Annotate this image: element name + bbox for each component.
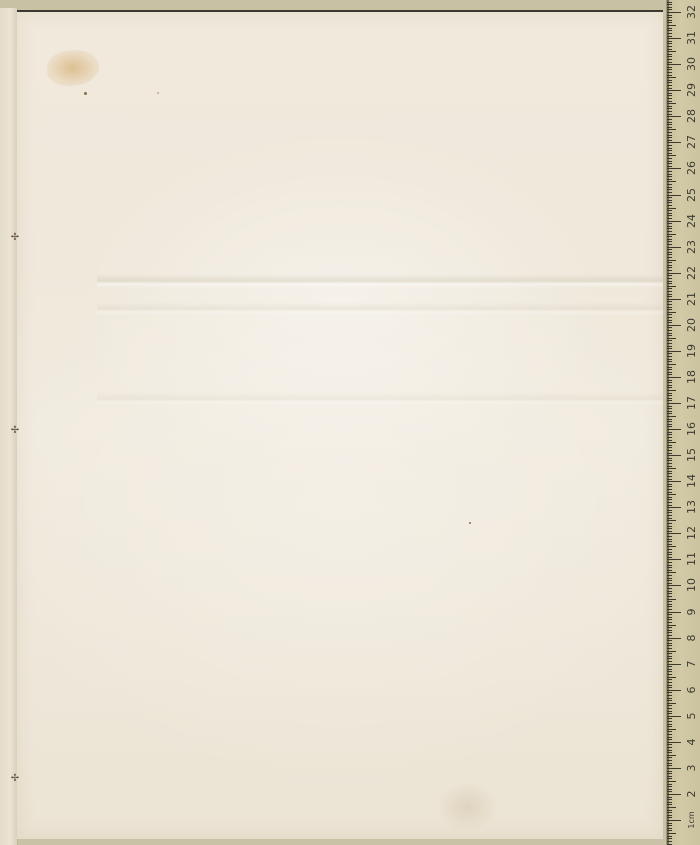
ruler-tick (667, 687, 672, 688)
ruler-tick (667, 367, 672, 368)
ruler-tick (667, 830, 672, 831)
ruler-tick (667, 823, 672, 824)
ruler-tick (667, 226, 672, 227)
ruler-tick (667, 421, 672, 422)
ruler-tick (667, 791, 672, 792)
ruler-tick (667, 36, 672, 37)
ruler-tick (667, 171, 672, 172)
ruler-tick (667, 145, 672, 146)
ruler-label: 32 (686, 3, 698, 21)
speck (157, 92, 159, 94)
ruler-tick (667, 562, 672, 563)
ruler-tick (667, 262, 672, 263)
ruler-tick (667, 458, 672, 459)
ruler-tick (667, 565, 672, 566)
ruler-tick (667, 599, 676, 600)
ruler-tick (667, 244, 672, 245)
ruler-tick (667, 601, 672, 602)
ruler-tick (667, 505, 672, 506)
ruler-tick (667, 296, 672, 297)
ruler-tick (667, 338, 676, 339)
ruler-tick (667, 346, 672, 347)
ruler-tick (667, 776, 672, 777)
blank-page (17, 10, 663, 839)
ruler-tick (667, 43, 672, 44)
ruler-tick (667, 609, 672, 610)
ruler-tick (667, 658, 672, 659)
ruler-tick (667, 794, 681, 795)
ruler-tick (667, 340, 672, 341)
ruler-tick (667, 432, 672, 433)
ruler-tick (667, 114, 672, 115)
ruler-tick (667, 554, 672, 555)
ruler-tick (667, 471, 672, 472)
ruler-tick (667, 119, 672, 120)
ruler-tick (667, 54, 672, 55)
ruler-tick (667, 557, 672, 558)
binding-stitch-icon: ✢ (10, 774, 20, 784)
ruler-tick (667, 356, 672, 357)
ruler-tick (667, 387, 672, 388)
ruler-tick (667, 619, 672, 620)
ruler-tick (667, 781, 676, 782)
ruler-tick (667, 593, 672, 594)
ruler-tick (667, 46, 672, 47)
ruler-tick (667, 606, 672, 607)
ruler-tick (667, 810, 672, 811)
ruler-tick (667, 817, 672, 818)
ruler-tick (667, 718, 672, 719)
ruler-tick (667, 228, 672, 229)
ruler-tick (667, 137, 672, 138)
ruler-tick (667, 578, 672, 579)
ruler-label: 15 (686, 446, 698, 464)
ruler-tick (667, 682, 672, 683)
ruler-tick (667, 612, 681, 613)
ruler-tick (667, 163, 672, 164)
ruler-tick (667, 257, 672, 258)
ruler-tick (667, 179, 672, 180)
ruler-tick (667, 411, 672, 412)
ruler-tick (667, 333, 672, 334)
ruler-tick (667, 221, 681, 222)
ruler-tick (667, 424, 672, 425)
ruler-tick (667, 192, 672, 193)
ruler-tick (667, 771, 672, 772)
ruler-label: 18 (686, 368, 698, 386)
ruler-tick (667, 622, 672, 623)
ruler-tick (667, 429, 681, 430)
ruler-tick (667, 807, 676, 808)
page-crease (97, 302, 663, 316)
ruler-tick (667, 330, 672, 331)
ruler-tick (667, 572, 676, 573)
ruler-tick (667, 210, 672, 211)
ruler-tick (667, 838, 672, 839)
ruler-label: 4 (686, 733, 698, 751)
ruler-tick (667, 75, 672, 76)
ruler-label: 29 (686, 81, 698, 99)
ruler-tick (667, 549, 672, 550)
ruler-tick (667, 241, 672, 242)
ruler-tick (667, 625, 676, 626)
ruler-tick (667, 317, 672, 318)
ruler-tick (667, 314, 672, 315)
ruler-tick (667, 570, 672, 571)
ruler-label: 7 (686, 655, 698, 673)
ruler-tick (667, 395, 672, 396)
stain-mark (437, 782, 497, 832)
ruler-tick (667, 12, 681, 13)
ruler-tick (667, 158, 672, 159)
ruler-tick (667, 135, 672, 136)
ruler-tick (667, 752, 672, 753)
ruler-tick (667, 836, 672, 837)
ruler-label: 9 (686, 603, 698, 621)
ruler-tick (667, 523, 672, 524)
ruler-tick (667, 518, 672, 519)
ruler-tick (667, 267, 672, 268)
ruler-tick (667, 393, 672, 394)
ruler-tick (667, 320, 672, 321)
ruler-tick (667, 445, 672, 446)
ruler-tick (667, 664, 681, 665)
ruler-tick (667, 249, 672, 250)
ruler-tick (667, 755, 676, 756)
ruler-tick (667, 254, 672, 255)
ruler-label: 26 (686, 159, 698, 177)
ruler-tick (667, 343, 672, 344)
ruler-tick (667, 815, 672, 816)
ruler-tick (667, 812, 672, 813)
ruler-tick (667, 744, 672, 745)
ruler-tick (667, 283, 672, 284)
ruler-tick (667, 533, 681, 534)
ruler-tick (667, 101, 672, 102)
ruler-tick (667, 440, 672, 441)
ruler-tick (667, 299, 681, 300)
ruler-tick (667, 700, 672, 701)
ruler-tick (667, 260, 676, 261)
ruler-tick (667, 359, 672, 360)
ruler-tick (667, 148, 672, 149)
ruler-tick (667, 103, 676, 104)
ruler-tick (667, 85, 672, 86)
ruler-tick (667, 124, 672, 125)
ruler-tick (667, 98, 672, 99)
ruler-tick (667, 635, 672, 636)
stain-mark (47, 50, 99, 86)
ruler-label: 28 (686, 107, 698, 125)
ruler-tick (667, 281, 672, 282)
ruler-tick (667, 364, 676, 365)
ruler-label: 1cm (686, 811, 698, 829)
ruler-tick (667, 708, 672, 709)
ruler-tick (667, 499, 672, 500)
ruler-tick (667, 69, 672, 70)
ruler-label: 20 (686, 316, 698, 334)
binding-stitch-icon: ✢ (10, 233, 20, 243)
ruler-tick (667, 768, 681, 769)
speck (469, 522, 471, 524)
ruler-tick (667, 468, 676, 469)
ruler-tick (667, 497, 672, 498)
ruler-tick (667, 648, 672, 649)
ruler-tick (667, 223, 672, 224)
ruler-tick (667, 705, 672, 706)
ruler-tick (667, 403, 681, 404)
ruler-tick (667, 361, 672, 362)
ruler-tick (667, 502, 672, 503)
ruler-tick (667, 640, 672, 641)
ruler-tick (667, 679, 672, 680)
ruler-tick (667, 20, 672, 21)
ruler-tick (667, 494, 676, 495)
ruler-tick (667, 828, 672, 829)
ruler-tick (667, 841, 672, 842)
ruler-tick (667, 200, 672, 201)
ruler-tick (667, 726, 672, 727)
ruler-tick (667, 575, 672, 576)
ruler-tick (667, 692, 672, 693)
ruler-tick (667, 56, 672, 57)
ruler-tick (667, 406, 672, 407)
ruler-label: 5 (686, 707, 698, 725)
ruler-tick (667, 195, 681, 196)
ruler-tick (667, 604, 672, 605)
ruler-tick (667, 492, 672, 493)
ruler-tick (667, 833, 676, 834)
ruler-label: 31 (686, 29, 698, 47)
ruler-tick (667, 643, 672, 644)
ruler-tick (667, 476, 672, 477)
ruler-tick (667, 390, 676, 391)
ruler-tick (667, 536, 672, 537)
ruler-tick (667, 669, 672, 670)
ruler-tick (667, 466, 672, 467)
ruler-tick (667, 153, 672, 154)
ruler-tick (667, 742, 681, 743)
ruler-tick (667, 82, 672, 83)
ruler-tick (667, 7, 672, 8)
ruler-tick (667, 335, 672, 336)
ruler-tick (667, 189, 672, 190)
ruler-tick (667, 205, 672, 206)
ruler-label: 23 (686, 238, 698, 256)
ruler-tick (667, 531, 672, 532)
ruler-tick (667, 150, 672, 151)
ruler-label: 21 (686, 290, 698, 308)
ruler-tick (667, 348, 672, 349)
ruler-tick (667, 651, 676, 652)
ruler-tick (667, 473, 672, 474)
ruler-tick (667, 481, 681, 482)
ruler-tick (667, 252, 672, 253)
ruler-tick (667, 737, 672, 738)
ruler-tick (667, 698, 672, 699)
ruler-tick (667, 369, 672, 370)
ruler-tick (667, 49, 672, 50)
ruler-tick (667, 739, 672, 740)
ruler-tick (667, 455, 681, 456)
ruler-tick (667, 64, 681, 65)
ruler-label: 2 (686, 785, 698, 803)
ruler-label: 30 (686, 55, 698, 73)
ruler-label: 16 (686, 420, 698, 438)
ruler-label: 6 (686, 681, 698, 699)
ruler-tick (667, 656, 672, 657)
ruler-tick (667, 385, 672, 386)
ruler-tick (667, 278, 672, 279)
ruler-tick (667, 234, 676, 235)
ruler-tick (667, 585, 681, 586)
ruler-tick (667, 520, 676, 521)
ruler-tick (667, 288, 672, 289)
scan-backdrop (0, 0, 666, 10)
ruler-tick (667, 685, 672, 686)
ruler-tick (667, 671, 672, 672)
ruler-tick (667, 804, 672, 805)
ruler-tick (667, 408, 672, 409)
ruler-tick (667, 596, 672, 597)
ruler-label: 12 (686, 524, 698, 542)
ruler-tick (667, 322, 672, 323)
ruler-tick (667, 645, 672, 646)
ruler-tick (667, 155, 676, 156)
ruler-tick (667, 729, 676, 730)
ruler-tick (667, 463, 672, 464)
ruler-tick (667, 802, 672, 803)
ruler-tick (667, 580, 672, 581)
ruler-tick (667, 88, 672, 89)
ruler-tick (667, 544, 672, 545)
ruler-tick (667, 307, 672, 308)
speck (84, 92, 87, 95)
ruler-tick (667, 711, 672, 712)
ruler-label: 17 (686, 394, 698, 412)
ruler-tick (667, 108, 672, 109)
ruler-tick (667, 541, 672, 542)
ruler-tick (667, 552, 672, 553)
ruler-tick (667, 797, 672, 798)
ruler-tick (667, 62, 672, 63)
ruler-tick (667, 437, 672, 438)
ruler-tick (667, 786, 672, 787)
ruler-tick (667, 784, 672, 785)
ruler-tick (667, 546, 676, 547)
ruler-tick (667, 273, 681, 274)
ruler-tick (667, 614, 672, 615)
ruler-tick (667, 28, 672, 29)
ruler-tick (667, 632, 672, 633)
ruler-tick (667, 202, 672, 203)
ruler-tick (667, 15, 672, 16)
ruler-tick (667, 419, 672, 420)
ruler-tick (667, 695, 672, 696)
ruler-tick (667, 374, 672, 375)
ruler-tick (667, 507, 681, 508)
ruler-tick (667, 489, 672, 490)
ruler-tick (667, 265, 672, 266)
ruler-label: 24 (686, 212, 698, 230)
ruler-label: 19 (686, 342, 698, 360)
ruler-tick (667, 690, 681, 691)
ruler-tick (667, 734, 672, 735)
ruler-label: 13 (686, 498, 698, 516)
ruler-tick (667, 447, 672, 448)
ruler-tick (667, 515, 672, 516)
ruler-tick (667, 731, 672, 732)
ruler-tick (667, 442, 676, 443)
ruler-tick (667, 132, 672, 133)
ruler-tick (667, 460, 672, 461)
ruler-tick (667, 674, 672, 675)
ruler-tick (667, 382, 672, 383)
ruler-label: 14 (686, 472, 698, 490)
ruler-tick (667, 208, 676, 209)
ruler-tick (667, 294, 672, 295)
ruler-tick (667, 413, 672, 414)
ruler-tick (667, 750, 672, 751)
ruler-tick (667, 213, 672, 214)
ruler-tick (667, 765, 672, 766)
ruler-label: 3 (686, 759, 698, 777)
ruler-label: 11 (686, 550, 698, 568)
ruler-tick (667, 479, 672, 480)
ruler-tick (667, 239, 672, 240)
ruler-tick (667, 677, 676, 678)
ruler-tick (667, 4, 672, 5)
ruler-tick (667, 291, 672, 292)
ruler-tick (667, 116, 681, 117)
ruler-tick (667, 539, 672, 540)
ruler-tick (667, 450, 672, 451)
page-crease (97, 274, 663, 288)
ruler-tick (667, 176, 672, 177)
ruler-tick (667, 528, 672, 529)
ruler-tick (667, 218, 672, 219)
ruler-tick (667, 778, 672, 779)
ruler-tick (667, 122, 672, 123)
ruler-tick (667, 434, 672, 435)
ruler-tick (667, 236, 672, 237)
ruler-tick (667, 638, 681, 639)
binding-stitch-icon: ✢ (10, 426, 20, 436)
ruler-tick (667, 304, 672, 305)
ruler-tick (667, 247, 681, 248)
ruler-tick (667, 377, 681, 378)
ruler-tick (667, 22, 672, 23)
ruler-tick (667, 168, 681, 169)
measurement-ruler: 1cm2345678910111213141516171819202122232… (666, 0, 700, 845)
ruler-tick (667, 721, 672, 722)
ruler-tick (667, 380, 672, 381)
ruler-tick (667, 325, 681, 326)
ruler-tick (667, 184, 672, 185)
ruler-tick (667, 630, 672, 631)
ruler-tick (667, 67, 672, 68)
ruler-tick (667, 703, 676, 704)
ruler-tick (667, 661, 672, 662)
ruler-tick (667, 526, 672, 527)
ruler-label: 25 (686, 186, 698, 204)
ruler-tick (667, 653, 672, 654)
ruler-tick (667, 215, 672, 216)
ruler-tick (667, 789, 672, 790)
ruler-tick (667, 510, 672, 511)
ruler-tick (667, 757, 672, 758)
ruler-tick (667, 275, 672, 276)
